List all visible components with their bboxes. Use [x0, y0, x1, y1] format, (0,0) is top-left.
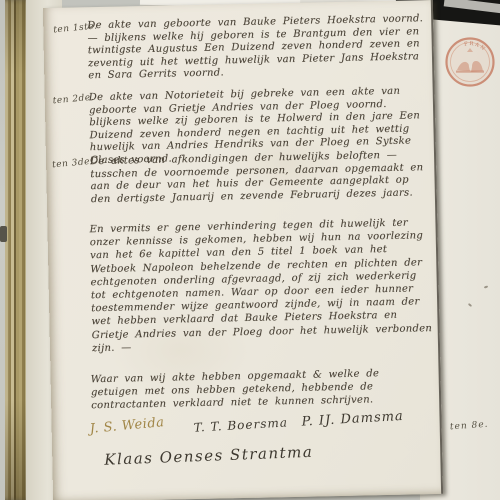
closing-paragraph-witnesses: Waar van wij akte hebben opgemaakt & wel… [91, 366, 422, 412]
signature-damsma: P. IJ. Damsma [301, 409, 404, 430]
item-1-text: De akte van geboorte van Bauke Pieters H… [87, 13, 424, 83]
signature-boersma: T. T. Boersma [193, 415, 288, 434]
manuscript-page: ten 1ste. De akte van geboorte van Bauke… [43, 0, 443, 500]
item-3-text: De aktes van afkondigingen der huwelijks… [90, 149, 427, 206]
signature-weida: J. S. Weida [89, 415, 165, 437]
scanned-document-photo: ten 8e. FRAN ten 1ste. De akte van geboo… [0, 0, 500, 500]
red-revenue-stamp-icon: FRAN [443, 34, 497, 90]
closing-paragraph-declaration: En vermits er gene verhindering tegen di… [89, 216, 434, 355]
margin-item-label-3: ten 3de. [52, 157, 94, 171]
signature-strantma: Klaas Oenses Strantma [104, 443, 314, 469]
spine-dark-notch [0, 226, 7, 242]
